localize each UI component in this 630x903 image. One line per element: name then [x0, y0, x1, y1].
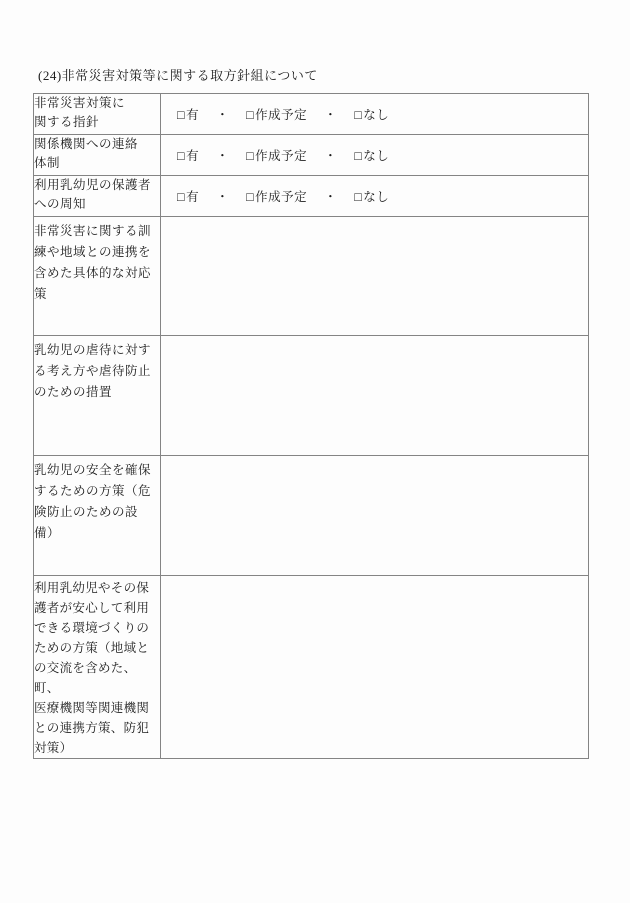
- option-label: 有: [186, 108, 199, 122]
- option-separator: ・: [216, 187, 229, 205]
- option-sakusei-yotei: □作成予定: [246, 146, 307, 164]
- disaster-policy-table: 非常災害対策に 関する指針 □有 ・ □作成予定 ・ □なし 関係機関への連絡 …: [33, 93, 589, 759]
- option-separator: ・: [216, 146, 229, 164]
- row-label-secure-environment: 利用乳幼児やその保 護者が安心して利用 できる環境づくりの ための方策（地域と …: [34, 576, 161, 759]
- option-nashi: □なし: [354, 146, 389, 164]
- option-sakusei-yotei: □作成予定: [246, 105, 307, 123]
- answer-blank-cell[interactable]: [161, 336, 589, 456]
- option-ari: □有: [177, 187, 199, 205]
- answer-options-cell: □有 ・ □作成予定 ・ □なし: [161, 94, 589, 135]
- checkbox-icon[interactable]: □: [246, 149, 254, 163]
- answer-blank-cell[interactable]: [161, 576, 589, 759]
- row-label-abuse-prevention: 乳幼児の虐待に対す る考え方や虐待防止 のための措置: [34, 336, 161, 456]
- answer-options-cell: □有 ・ □作成予定 ・ □なし: [161, 135, 589, 176]
- table-row: 関係機関への連絡 体制 □有 ・ □作成予定 ・ □なし: [34, 135, 589, 176]
- option-separator: ・: [216, 105, 229, 123]
- option-separator: ・: [324, 187, 337, 205]
- option-sakusei-yotei: □作成予定: [246, 187, 307, 205]
- checkbox-icon[interactable]: □: [354, 108, 362, 122]
- table-row: 非常災害に関する訓 練や地域との連携を 含めた具体的な対応 策: [34, 217, 589, 336]
- answer-blank-cell[interactable]: [161, 217, 589, 336]
- row-label-contact-system: 関係機関への連絡 体制: [34, 135, 161, 176]
- option-label: なし: [363, 149, 389, 163]
- checkbox-icon[interactable]: □: [177, 108, 185, 122]
- checkbox-icon[interactable]: □: [177, 190, 185, 204]
- option-ari: □有: [177, 105, 199, 123]
- option-label: 作成予定: [255, 190, 307, 204]
- document-page: (24)非常災害対策等に関する取方針組について 非常災害対策に 関する指針 □有…: [0, 0, 630, 903]
- table-row: 乳幼児の虐待に対す る考え方や虐待防止 のための措置: [34, 336, 589, 456]
- answer-options-cell: □有 ・ □作成予定 ・ □なし: [161, 176, 589, 217]
- row-label-disaster-training: 非常災害に関する訓 練や地域との連携を 含めた具体的な対応 策: [34, 217, 161, 336]
- option-label: なし: [363, 190, 389, 204]
- section-title: (24)非常災害対策等に関する取方針組について: [38, 68, 318, 84]
- option-label: 作成予定: [255, 149, 307, 163]
- checkbox-icon[interactable]: □: [354, 149, 362, 163]
- option-nashi: □なし: [354, 187, 389, 205]
- row-label-guardian-notice: 利用乳幼児の保護者 への周知: [34, 176, 161, 217]
- answer-blank-cell[interactable]: [161, 456, 589, 576]
- table-row: 非常災害対策に 関する指針 □有 ・ □作成予定 ・ □なし: [34, 94, 589, 135]
- row-label-disaster-guideline: 非常災害対策に 関する指針: [34, 94, 161, 135]
- checkbox-icon[interactable]: □: [354, 190, 362, 204]
- table-row: 利用乳幼児やその保 護者が安心して利用 できる環境づくりの ための方策（地域と …: [34, 576, 589, 759]
- option-label: なし: [363, 108, 389, 122]
- option-label: 作成予定: [255, 108, 307, 122]
- option-ari: □有: [177, 146, 199, 164]
- row-label-safety-measures: 乳幼児の安全を確保 するための方策（危 険防止のための設 備）: [34, 456, 161, 576]
- option-nashi: □なし: [354, 105, 389, 123]
- options-line: □有 ・ □作成予定 ・ □なし: [161, 187, 588, 205]
- table-row: 利用乳幼児の保護者 への周知 □有 ・ □作成予定 ・ □なし: [34, 176, 589, 217]
- options-line: □有 ・ □作成予定 ・ □なし: [161, 105, 588, 123]
- option-label: 有: [186, 149, 199, 163]
- option-label: 有: [186, 190, 199, 204]
- checkbox-icon[interactable]: □: [177, 149, 185, 163]
- options-line: □有 ・ □作成予定 ・ □なし: [161, 146, 588, 164]
- table-row: 乳幼児の安全を確保 するための方策（危 険防止のための設 備）: [34, 456, 589, 576]
- checkbox-icon[interactable]: □: [246, 190, 254, 204]
- checkbox-icon[interactable]: □: [246, 108, 254, 122]
- option-separator: ・: [324, 146, 337, 164]
- option-separator: ・: [324, 105, 337, 123]
